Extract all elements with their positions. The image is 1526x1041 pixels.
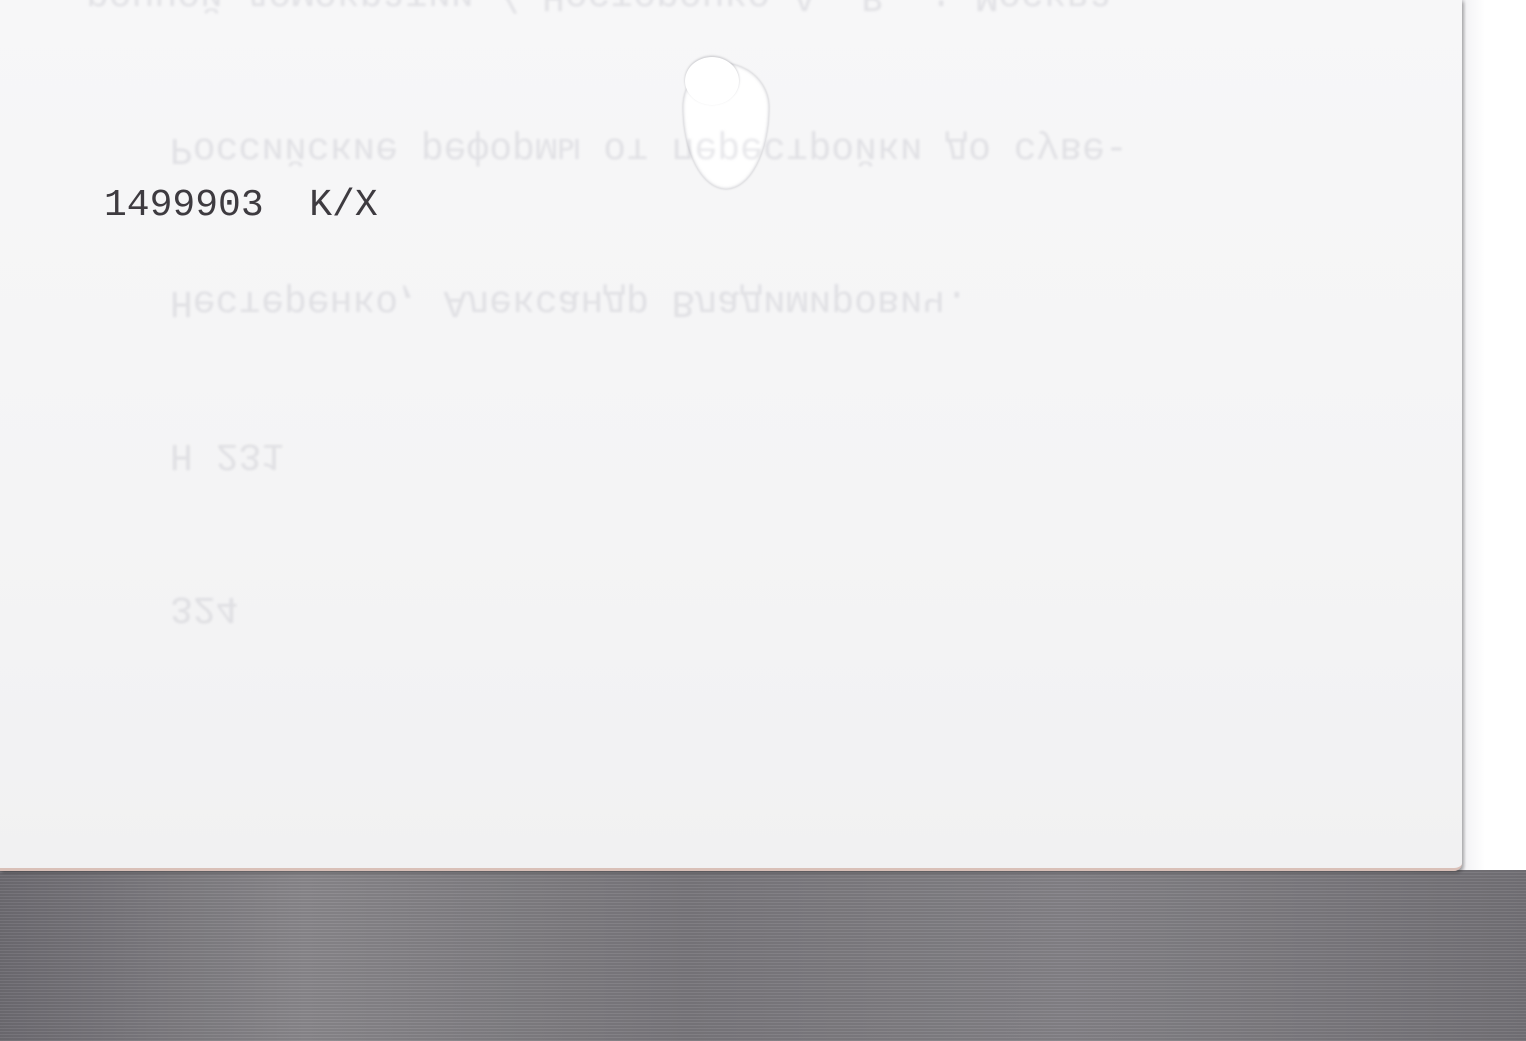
- bleed-line: Н 231: [86, 429, 1436, 480]
- scanner-lid-edge: [1458, 0, 1526, 870]
- bleed-through-text: 324 Н 231 Нестеренко, Александр Владимир…: [86, 175, 1436, 735]
- catalog-card: 324 Н 231 Нестеренко, Александр Владимир…: [0, 0, 1462, 871]
- call-number-label: 1499903 K/X: [104, 184, 378, 227]
- scanner-bed-background: [0, 868, 1526, 1041]
- bleed-line: ренной демократии / Нестеренко А. В. ; М…: [86, 0, 1436, 21]
- bleed-line: Российские реформы от перестройки до сув…: [86, 123, 1436, 174]
- bleed-line: 324: [86, 582, 1436, 633]
- bleed-line: Нестеренко, Александр Владимирович.: [86, 276, 1436, 327]
